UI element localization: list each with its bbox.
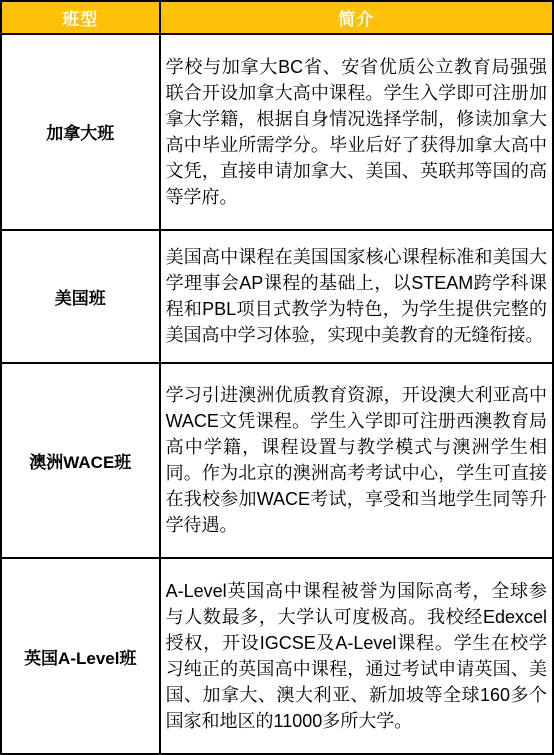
table-header-row: 班型 简介 [1,1,553,34]
class-intro-usa: 美国高中课程在美国国家核心课程标准和美国大学理事会AP课程的基础上，以STEAM… [160,230,553,363]
class-type-uk-alevel: 英国A-Level班 [1,558,160,754]
table-row: 美国班 美国高中课程在美国国家核心课程标准和美国大学理事会AP课程的基础上，以S… [1,230,553,363]
class-type-usa: 美国班 [1,230,160,363]
class-type-australia-wace: 澳洲WACE班 [1,363,160,559]
class-intro-australia-wace: 学习引进澳洲优质教育资源，开设澳大利亚高中WACE文凭课程。学生入学即可注册西澳… [160,363,553,559]
table-row: 英国A-Level班 A-Level英国高中课程被誉为国际高考，全球参与人数最多… [1,558,553,754]
class-intro-uk-alevel: A-Level英国高中课程被誉为国际高考，全球参与人数最多，大学认可度极高。我校… [160,558,553,754]
class-intro-canada: 学校与加拿大BC省、安省优质公立教育局强强联合开设加拿大高中课程。学生入学即可注… [160,34,553,230]
table-row: 加拿大班 学校与加拿大BC省、安省优质公立教育局强强联合开设加拿大高中课程。学生… [1,34,553,230]
header-class-type: 班型 [1,1,160,34]
class-type-canada: 加拿大班 [1,34,160,230]
class-type-table: 班型 简介 加拿大班 学校与加拿大BC省、安省优质公立教育局强强联合开设加拿大高… [0,0,554,755]
table-row: 澳洲WACE班 学习引进澳洲优质教育资源，开设澳大利亚高中WACE文凭课程。学生… [1,363,553,559]
header-intro: 简介 [160,1,553,34]
